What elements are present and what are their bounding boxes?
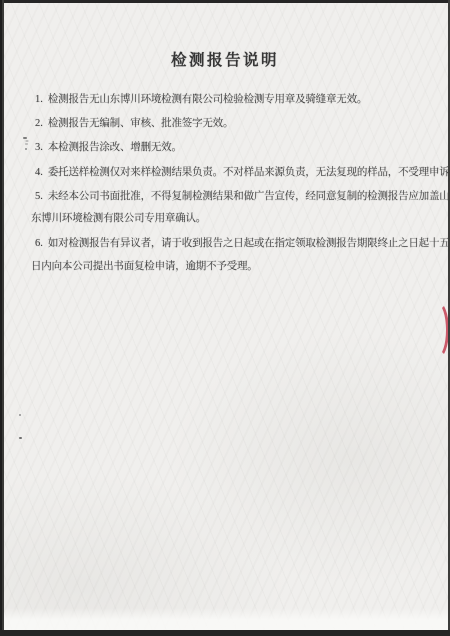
note-item-6: 6.如对检测报告有异议者，请于收到报告之日起或在指定领取检测报告期限终止之日起十… [31, 233, 434, 256]
scan-artifact [25, 148, 27, 150]
note-number: 4. [35, 167, 43, 178]
note-item-2: 2.检测报告无编制、审核、批准签字无效。 [31, 113, 434, 136]
red-seal-edge-mark [426, 301, 449, 359]
note-item-5-continued: 东博川环境检测有限公司专用章确认。 [31, 208, 434, 231]
scan-artifact [19, 414, 21, 416]
scan-artifact [19, 437, 22, 439]
note-text: 未经本公司书面批准，不得复制检测结果和做广告宣传，经同意复制的检测报告应加盖山 [48, 191, 450, 202]
note-number: 5. [35, 191, 43, 202]
scan-edge-bottom [0, 630, 450, 636]
note-text: 委托送样检测仅对来样检测结果负责。不对样品来源负责，无法复现的样品，不受理申诉。 [48, 167, 450, 178]
scan-edge-top [0, 0, 450, 3]
note-item-5: 5.未经本公司书面批准，不得复制检测结果和做广告宣传，经同意复制的检测报告应加盖… [31, 186, 434, 209]
scan-edge-left [0, 0, 4, 636]
note-text: 本检测报告涂改、增删无效。 [48, 142, 182, 153]
scan-artifact [23, 137, 27, 139]
note-item-4: 4.委托送样检测仅对来样检测结果负责。不对样品来源负责，无法复现的样品，不受理申… [31, 162, 434, 185]
scan-bottom-light-strip [4, 608, 448, 630]
note-item-3: 3.本检测报告涂改、增删无效。 [31, 137, 434, 160]
note-number: 6. [35, 238, 43, 249]
note-number: 1. [35, 94, 43, 105]
note-number: 2. [35, 118, 43, 129]
scanned-document-page: 检测报告说明 1.检测报告无山东博川环境检测有限公司检验检测专用章及骑缝章无效。… [0, 0, 450, 636]
note-text: 检测报告无编制、审核、批准签字无效。 [48, 118, 233, 129]
report-notes-list: 1.检测报告无山东博川环境检测有限公司检验检测专用章及骑缝章无效。 2.检测报告… [31, 89, 434, 278]
note-text: 检测报告无山东博川环境检测有限公司检验检测专用章及骑缝章无效。 [48, 94, 367, 105]
note-item-6-continued: 日内向本公司提出书面复检申请，逾期不予受理。 [31, 256, 434, 279]
note-item-1: 1.检测报告无山东博川环境检测有限公司检验检测专用章及骑缝章无效。 [31, 89, 434, 112]
note-number: 3. [35, 142, 43, 153]
page-title: 检测报告说明 [0, 51, 450, 71]
note-text: 如对检测报告有异议者，请于收到报告之日起或在指定领取检测报告期限终止之日起十五 [48, 238, 450, 249]
